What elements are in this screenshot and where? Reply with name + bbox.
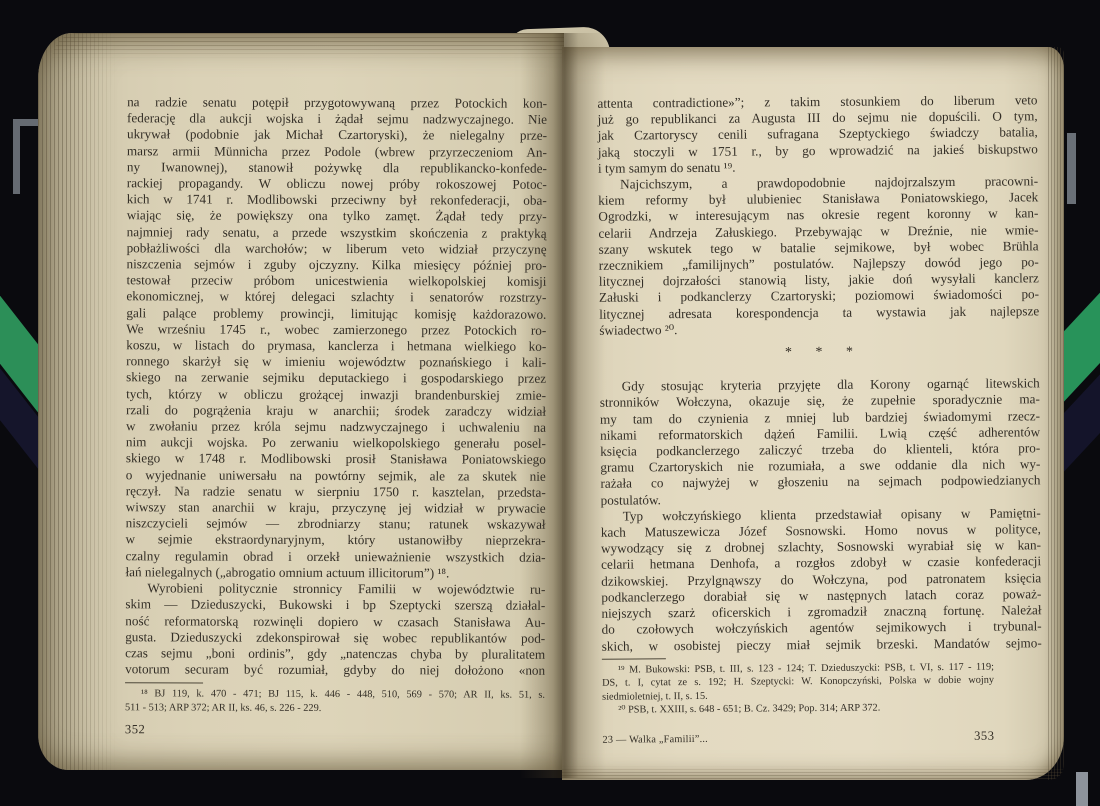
paragraph: Typ wołczyńskiego klienta przedstawiał o…	[601, 505, 1042, 654]
text-line: skiego na zerwanie sejmiku deputackiego …	[126, 370, 546, 388]
text-line: w sejmie ekstraordynaryjnym, który ustan…	[126, 532, 546, 550]
text-line: litycznej adresata korespondencja ta wys…	[599, 303, 1039, 323]
left-page-footnotes: ¹⁸ BJ 119, k. 470 - 471; BJ 115, k. 446 …	[125, 688, 545, 716]
text-line: niszczenia sejmów i zguby ojczyzny. Kilk…	[127, 256, 547, 274]
text-line: jaką stoczyli w 1751 r., by go wprowadzi…	[598, 141, 1038, 161]
text-line: ronnego skarżył się w imieniu województw…	[126, 354, 546, 372]
paragraph: attenta contradictione»”; z takim stosun…	[597, 92, 1038, 176]
text-line: kich w 1741 r. Modlibowski przeciwny był…	[127, 191, 547, 209]
text-line: nim aukcji wojska. Po zerwaniu wielkopol…	[126, 435, 546, 453]
footnote: ¹⁹ M. Bukowski: PSB, t. III, s. 123 - 12…	[602, 660, 994, 703]
footnote: ²⁰ PSB, t. XXIII, s. 648 - 651; B. Cz. 3…	[602, 701, 994, 717]
text-line: ność reformatorską rozwinęli dopiero w c…	[125, 613, 545, 631]
text-line: skiego w 1748 r. Modlibowski prosił Stan…	[126, 451, 546, 469]
text-line: czalny regulamin obrad i orzekł unieważn…	[125, 548, 545, 566]
text-line: wiwszy stan anarchii w kraju, przyczynę …	[126, 499, 546, 517]
text-line: niszczycieli sejmów — zbrodniarzy stanu;…	[126, 516, 546, 534]
text-line: ręczył. Na radzie senatu w sierpniu 1750…	[126, 483, 546, 501]
paragraph: na radzie senatu potępił przygotowywaną …	[125, 94, 547, 582]
left-page-body: na radzie senatu potępił przygotowywaną …	[125, 94, 547, 679]
text-line: koszu, w listach do prymasa, kanclerza i…	[126, 337, 546, 355]
text-line: o wyjednanie uniwersału na powtórny sejm…	[126, 467, 546, 485]
text-line: na radzie senatu potępił przygotowywaną …	[127, 94, 547, 112]
text-line: rażała co najwyżej w głoszeniu na sejmac…	[600, 473, 1040, 493]
text-line: świadectwo ²⁰.	[599, 319, 1039, 339]
text-line: skich, w osobistej pieczy miał sejmik br…	[602, 635, 1042, 655]
text-line: ukrywał (podobnie jak Michał Czartoryski…	[127, 127, 547, 145]
text-line: pobłażliwości dla warchołów; w liberum v…	[127, 240, 547, 258]
text-line: w zwołaniu przez króla sejmu nadzwyczajn…	[126, 418, 546, 436]
right-page-bottom-row: 23 — Walka „Familii”... 353	[602, 721, 994, 749]
page-number-right: 353	[974, 728, 995, 744]
left-page-text: na radzie senatu potępił przygotowywaną …	[125, 94, 547, 739]
text-line: We wrześniu 1745 r., wobec zamierzonego …	[126, 321, 546, 339]
text-line: testował przeciw próbom unicestwienia wi…	[126, 273, 546, 291]
text-line: ¹⁸ BJ 119, k. 470 - 471; BJ 115, k. 446 …	[125, 688, 545, 703]
text-line: tych, którzy w obliczu grożącej inwazji …	[126, 386, 546, 404]
grey-bar-bottom-right	[1076, 772, 1088, 806]
text-line: gusta. Dzieduszycki zdekonspirował się w…	[125, 629, 545, 647]
text-line: wiając się, że powiększy ona tylko zamęt…	[127, 208, 547, 226]
right-page-body: attenta contradictione»”; z takim stosun…	[597, 92, 1041, 654]
text-line: najmniej rady senatu, a przede wszystkim…	[127, 224, 547, 242]
page-number-left: 352	[125, 721, 545, 739]
text-line: łań nielegalnych („abrogatio omnium actu…	[125, 564, 545, 582]
printer-signature: 23 — Walka „Familii”...	[602, 732, 708, 749]
text-line: marsz armii Münnicha przez Podole (wbrew…	[127, 143, 547, 161]
footnote-rule	[125, 683, 203, 684]
text-line: gali palące problemy prowincji, limitują…	[126, 305, 546, 323]
grey-bar-top-right	[1067, 133, 1076, 204]
text-line: czas sejmu „boni ordinis”, gdy „natencza…	[125, 645, 545, 663]
section-break-stars: * * *	[599, 343, 1039, 363]
text-line: 511 - 513; ARP 372; AR II, ks. 46, s. 22…	[125, 701, 545, 716]
paragraph: Gdy stosując kryteria przyjęte dla Koron…	[600, 376, 1041, 509]
text-line: ²⁰ PSB, t. XXIII, s. 648 - 651; B. Cz. 3…	[602, 701, 994, 717]
right-page-footnotes: ¹⁹ M. Bukowski: PSB, t. III, s. 123 - 12…	[602, 660, 994, 717]
photo-background: na radzie senatu potępił przygotowywaną …	[0, 0, 1100, 806]
text-line: rzali do pogrążenia kraju w anarchii; śr…	[126, 402, 546, 420]
paragraph: Wyrobieni politycznie stronnicy Familii …	[125, 580, 545, 679]
text-line: votorum securam być rozumiał, gdyby do n…	[125, 661, 545, 679]
text-line: ekonomicznej, w której delegaci szlachty…	[126, 289, 546, 307]
footnote-rule	[602, 658, 666, 660]
footnote: ¹⁸ BJ 119, k. 470 - 471; BJ 115, k. 446 …	[125, 688, 545, 716]
right-page-footer: ¹⁹ M. Bukowski: PSB, t. III, s. 123 - 12…	[602, 655, 995, 749]
text-line: Wyrobieni politycznie stronnicy Familii …	[125, 580, 545, 598]
right-page-text: attenta contradictione»”; z takim stosun…	[597, 92, 1042, 749]
text-line: skim — Dzieduszycki, Bukowski i bp Szept…	[125, 597, 545, 615]
text-line: federację dla aukcji wojska i żądał sejm…	[127, 110, 547, 128]
text-line: rackiej propagandy. W obliczu nowej prób…	[127, 175, 547, 193]
paragraph: Najcichszym, a prawdopodobnie najdojrzal…	[598, 173, 1039, 338]
text-line: ny Iwanownej), stanowił pożywkę dla repu…	[127, 159, 547, 177]
